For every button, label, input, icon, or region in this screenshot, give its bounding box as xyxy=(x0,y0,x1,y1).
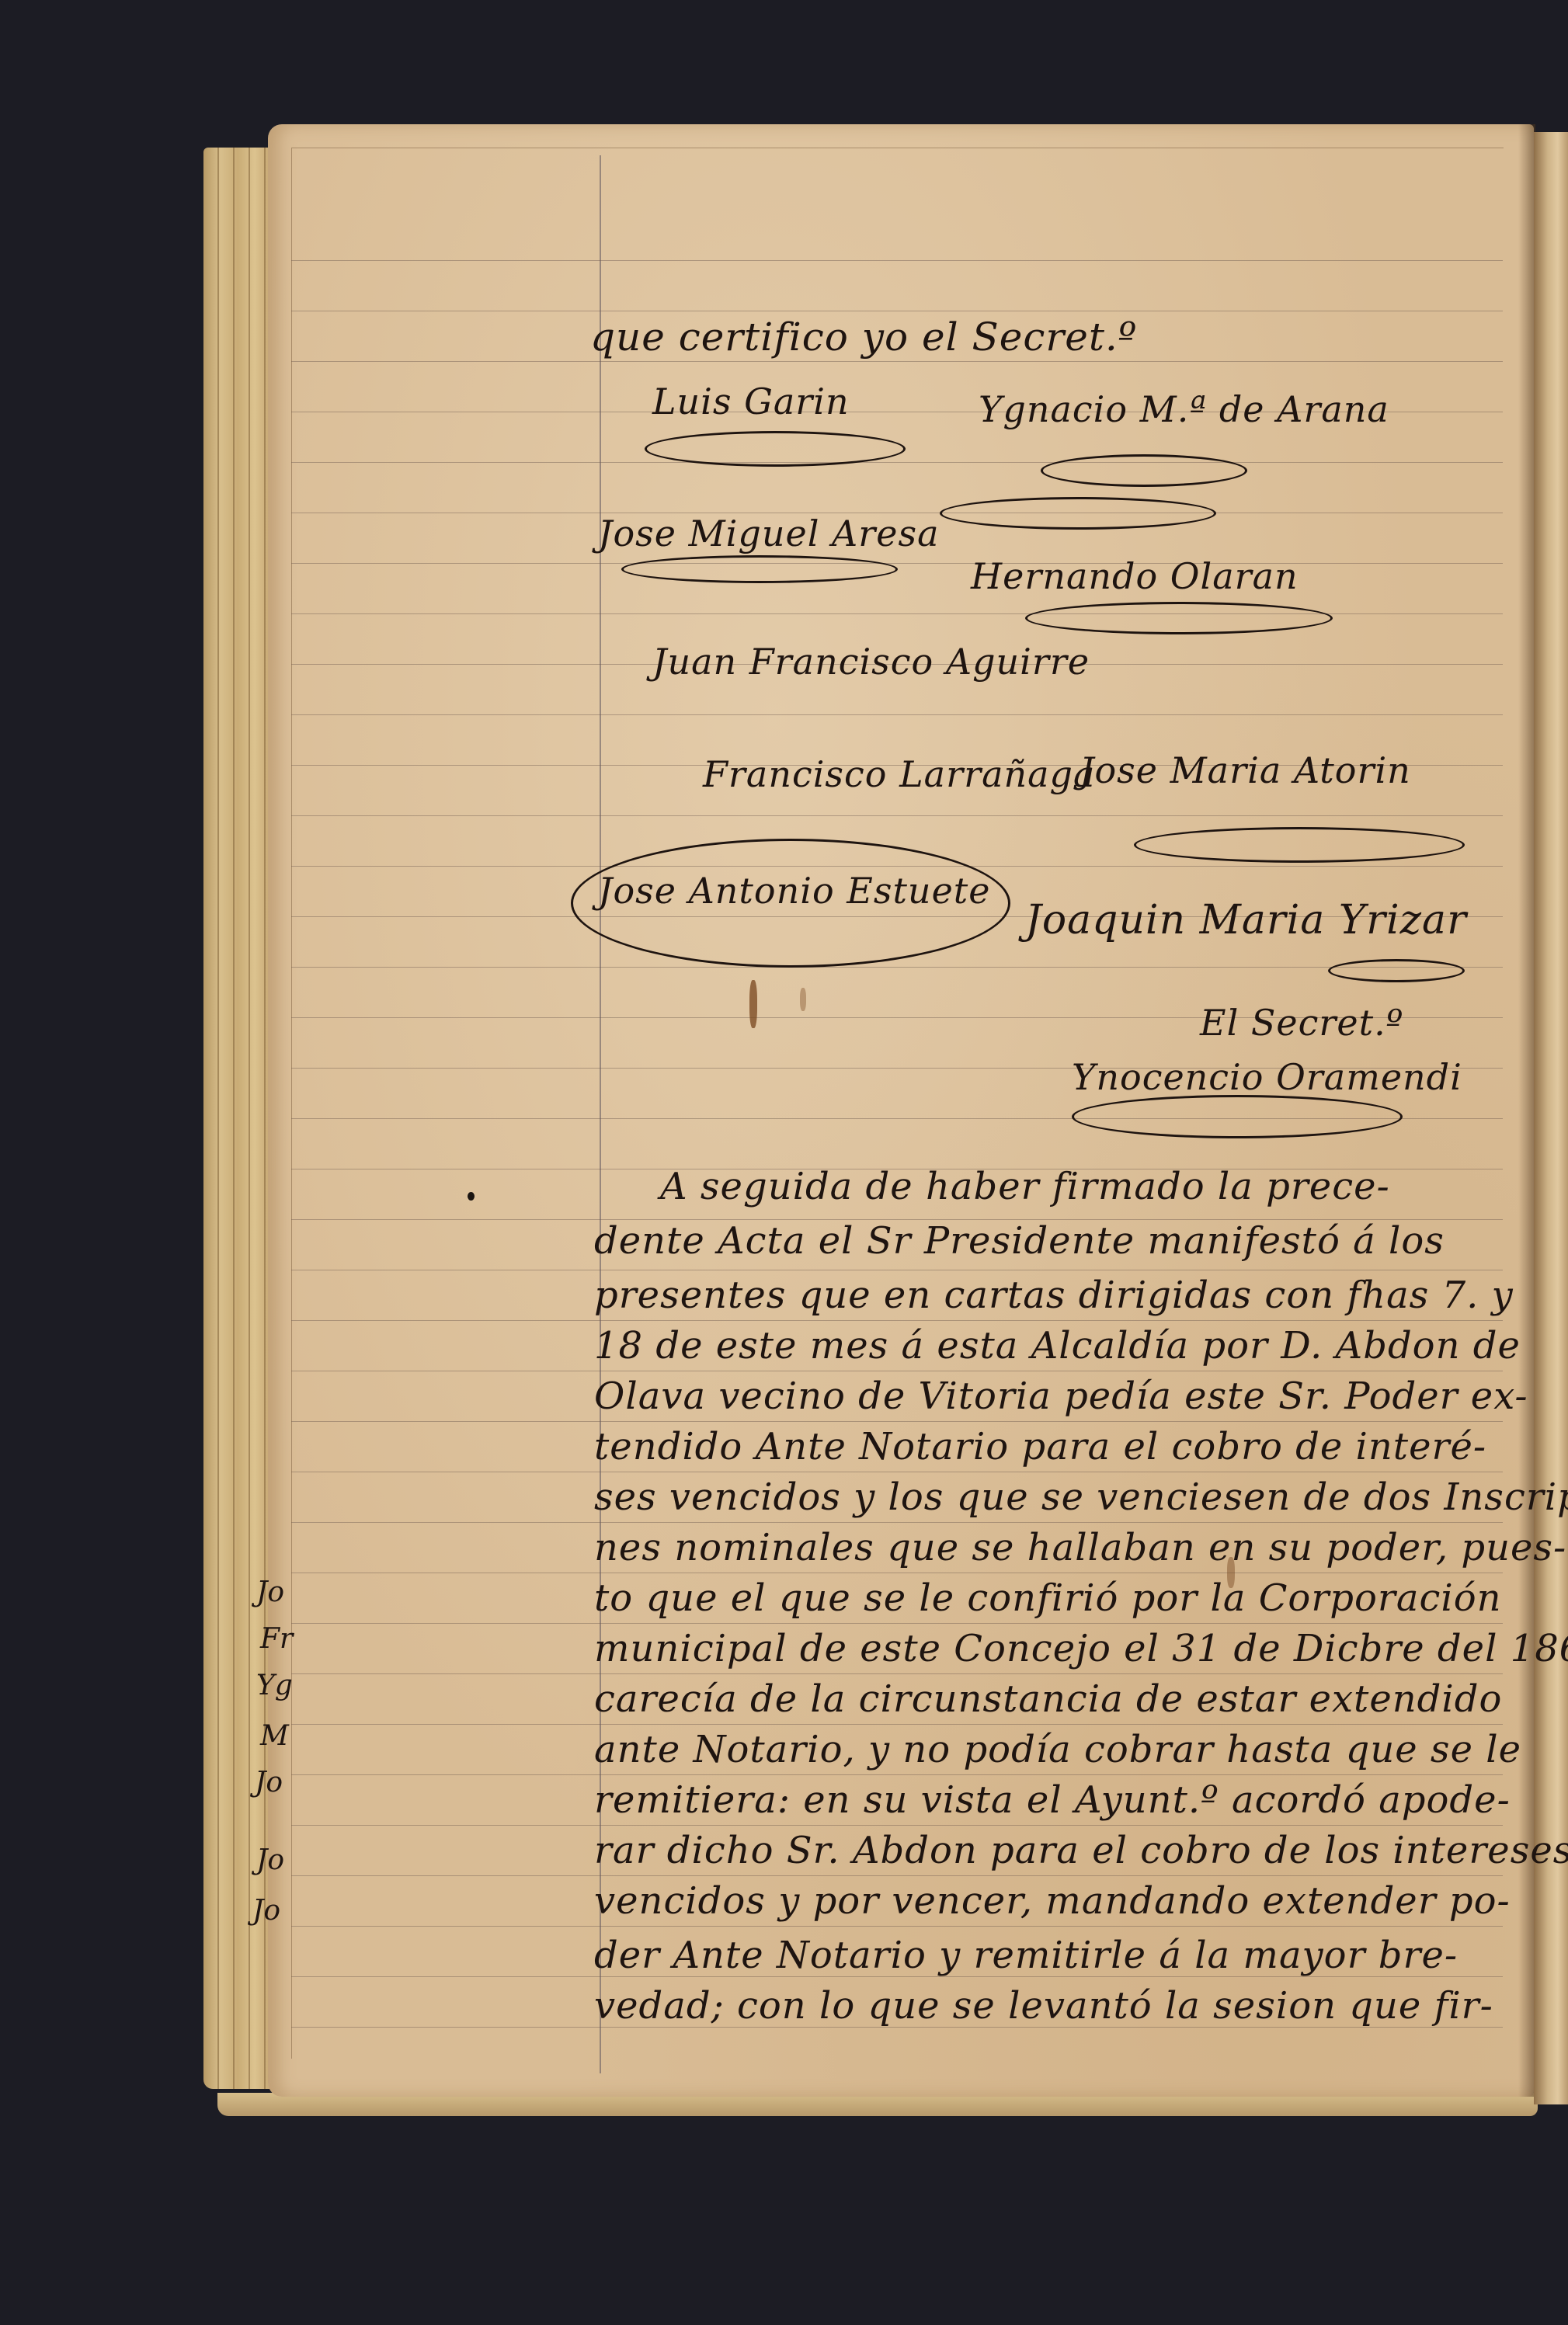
body-line: A seguida de haber firmado la prece- xyxy=(660,1165,1390,1208)
ruled-line xyxy=(291,1623,1503,1624)
body-line: remitiera: en su vista el Ayunt.º acordó… xyxy=(594,1778,1511,1822)
body-line: nes nominales que se hallaban en su pode… xyxy=(594,1526,1566,1569)
body-line: municipal de este Concejo el 31 de Dicbr… xyxy=(594,1627,1568,1670)
body-line: rar dicho Sr. Abdon para el cobro de los… xyxy=(594,1829,1568,1872)
ruled-line xyxy=(291,1270,1503,1270)
signature-joaquin-maria-yrizar: Joaquin Maria Yrizar xyxy=(1025,897,1467,944)
body-line: der Ante Notario y remitirle á la mayor … xyxy=(594,1934,1458,1977)
margin-fragment: M xyxy=(260,1720,289,1752)
signature-ygnacio-arana: Ygnacio M.ª de Arana xyxy=(979,388,1389,430)
signature-luis-garin: Luis Garin xyxy=(652,381,850,422)
signature-francisco-larranaga: Francisco Larrañaga xyxy=(703,753,1095,795)
ruled-line xyxy=(291,1522,1503,1523)
body-line: vencidos y por vencer, mandando extender… xyxy=(594,1879,1511,1923)
ruled-line xyxy=(291,311,1503,311)
signature-flourish xyxy=(1134,827,1465,863)
page-edge-line xyxy=(217,148,219,2089)
secretary-signature: Ynocencio Oramendi xyxy=(1072,1056,1462,1098)
signature-flourish xyxy=(645,431,906,467)
ruled-line xyxy=(291,1825,1503,1826)
ruled-line xyxy=(291,1926,1503,1927)
margin-fragment: Jo xyxy=(256,1576,284,1608)
signature-flourish xyxy=(1041,454,1247,487)
signature-jose-maria-atorin: Jose Maria Atorin xyxy=(1080,749,1411,791)
signature-flourish xyxy=(1072,1095,1403,1138)
closing-line: que certifico yo el Secret.º xyxy=(590,315,1137,360)
body-line: 18 de este mes á esta Alcaldía por D. Ab… xyxy=(594,1324,1521,1368)
signature-flourish xyxy=(621,555,898,583)
body-line: Olava vecino de Vitoria pedía este Sr. P… xyxy=(594,1374,1528,1418)
body-line: tendido Ante Notario para el cobro de in… xyxy=(594,1425,1486,1468)
signature-flourish xyxy=(1025,602,1333,634)
ruled-line xyxy=(291,361,1503,362)
paper-stain xyxy=(800,988,806,1011)
paper-stain xyxy=(1227,1557,1235,1588)
ruled-line xyxy=(291,1774,1503,1775)
ruled-line xyxy=(291,563,1503,564)
signature-flourish xyxy=(940,497,1216,530)
margin-fragment: Jo xyxy=(252,1895,280,1927)
margin-fragment: Fr xyxy=(260,1623,293,1655)
body-line: ses vencidos y los que se venciesen de d… xyxy=(594,1475,1568,1519)
ruled-line xyxy=(291,1673,1503,1674)
secretary-title: El Secret.º xyxy=(1200,1002,1403,1044)
ruled-line xyxy=(291,1320,1503,1321)
ink-dot xyxy=(468,1192,475,1201)
margin-fragment: Jo xyxy=(255,1767,283,1798)
signature-jose-miguel-aresa: Jose Miguel Aresa xyxy=(598,513,940,554)
ruled-line xyxy=(291,462,1503,463)
page-edge-line xyxy=(233,148,235,2089)
body-line: presentes que en cartas dirigidas con fh… xyxy=(594,1274,1514,1317)
ruled-line xyxy=(291,714,1503,715)
signature-juan-francisco-aguirre: Juan Francisco Aguirre xyxy=(652,641,1090,683)
margin-fragment: Yg xyxy=(256,1670,293,1701)
signature-hernando-olaran: Hernando Olaran xyxy=(971,555,1299,597)
ruled-line xyxy=(291,260,1503,261)
body-line: ante Notario, y no podía cobrar hasta qu… xyxy=(594,1728,1521,1771)
ruled-line xyxy=(291,1573,1503,1573)
page-edge-line xyxy=(249,148,250,2089)
ruled-line xyxy=(291,1724,1503,1725)
ruled-line xyxy=(291,815,1503,816)
ruled-line xyxy=(291,967,1503,968)
body-line: dente Acta el Sr Presidente manifestó á … xyxy=(594,1219,1445,1263)
ruled-line xyxy=(291,1875,1503,1876)
ruled-line xyxy=(291,1421,1503,1422)
body-line: vedad; con lo que se levantó la sesion q… xyxy=(594,1984,1493,2028)
ruled-line xyxy=(291,1371,1503,1371)
margin-fragment: Jo xyxy=(256,1844,284,1876)
signature-flourish xyxy=(1328,959,1465,982)
signature-jose-antonio-estuete: Jose Antonio Estuete xyxy=(598,870,991,912)
body-line: carecía de la circunstancia de estar ext… xyxy=(594,1677,1502,1721)
ink-stain xyxy=(749,980,757,1028)
book-gutter xyxy=(1534,132,1568,2104)
body-line: to que el que se le confirió por la Corp… xyxy=(594,1576,1502,1620)
ruled-line xyxy=(291,1472,1503,1472)
gutter-shadow xyxy=(1518,124,1535,2097)
